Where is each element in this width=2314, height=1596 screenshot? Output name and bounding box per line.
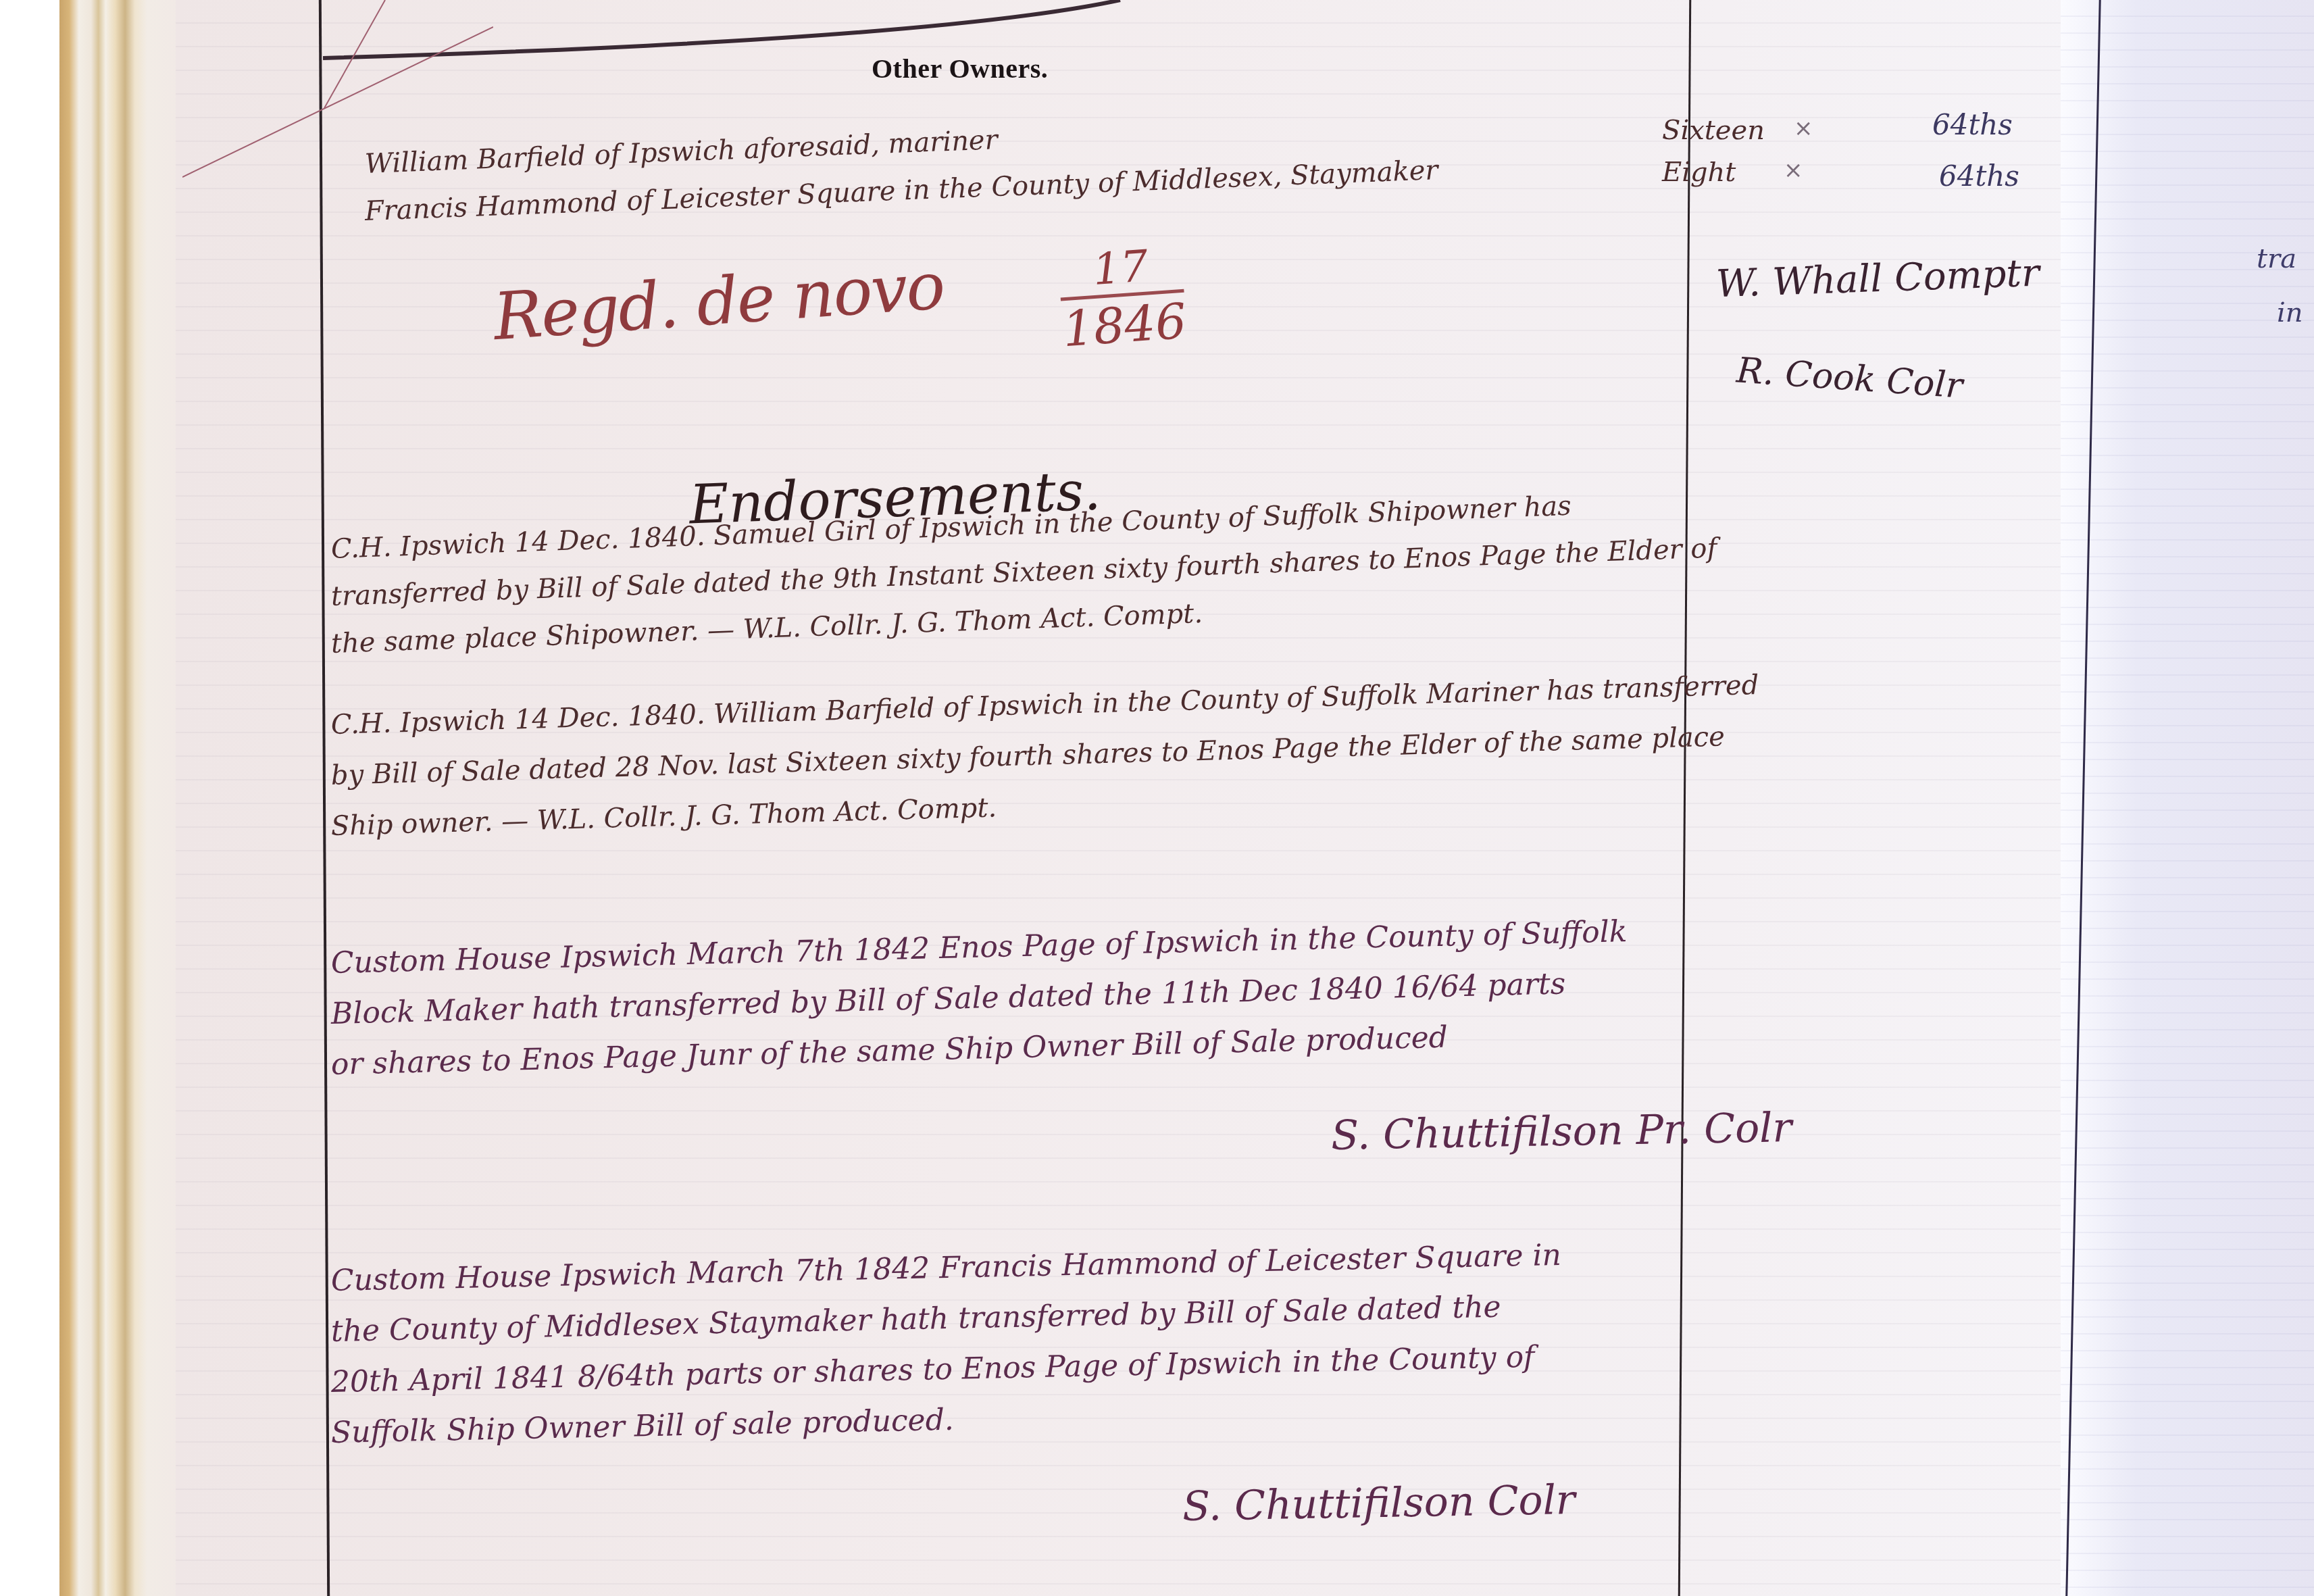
registration-number: 17 1846 [1057,239,1188,357]
owner-shares: Sixteen [1662,115,1765,146]
owner-fraction: 64ths [1939,159,2019,193]
owner-fraction: 64ths [1932,108,2013,141]
top-border-curve [323,0,1674,61]
facing-page-fragment: in [2277,297,2303,328]
share-tick-mark: × [1794,115,1813,142]
owner-shares: Eight [1662,157,1736,188]
facing-page-ruling [2061,0,2314,1596]
endorsement-3-signature: S. Chuttifilson Pr. Colr [1330,1104,1792,1159]
facing-page-fragment: tra [2257,243,2296,274]
other-owners-heading: Other Owners. [872,53,1048,84]
book-page-edges [59,0,181,1596]
facing-page: tra in [2061,0,2314,1596]
endorsement-4-signature: S. Chuttifilson Colr [1182,1476,1576,1530]
ledger-photograph: tra in Other Owners. William Barfield of… [0,0,2314,1596]
registration-number-value: 17 [1057,239,1184,301]
share-tick-mark: × [1784,157,1803,184]
registration-year: 1846 [1061,293,1188,358]
